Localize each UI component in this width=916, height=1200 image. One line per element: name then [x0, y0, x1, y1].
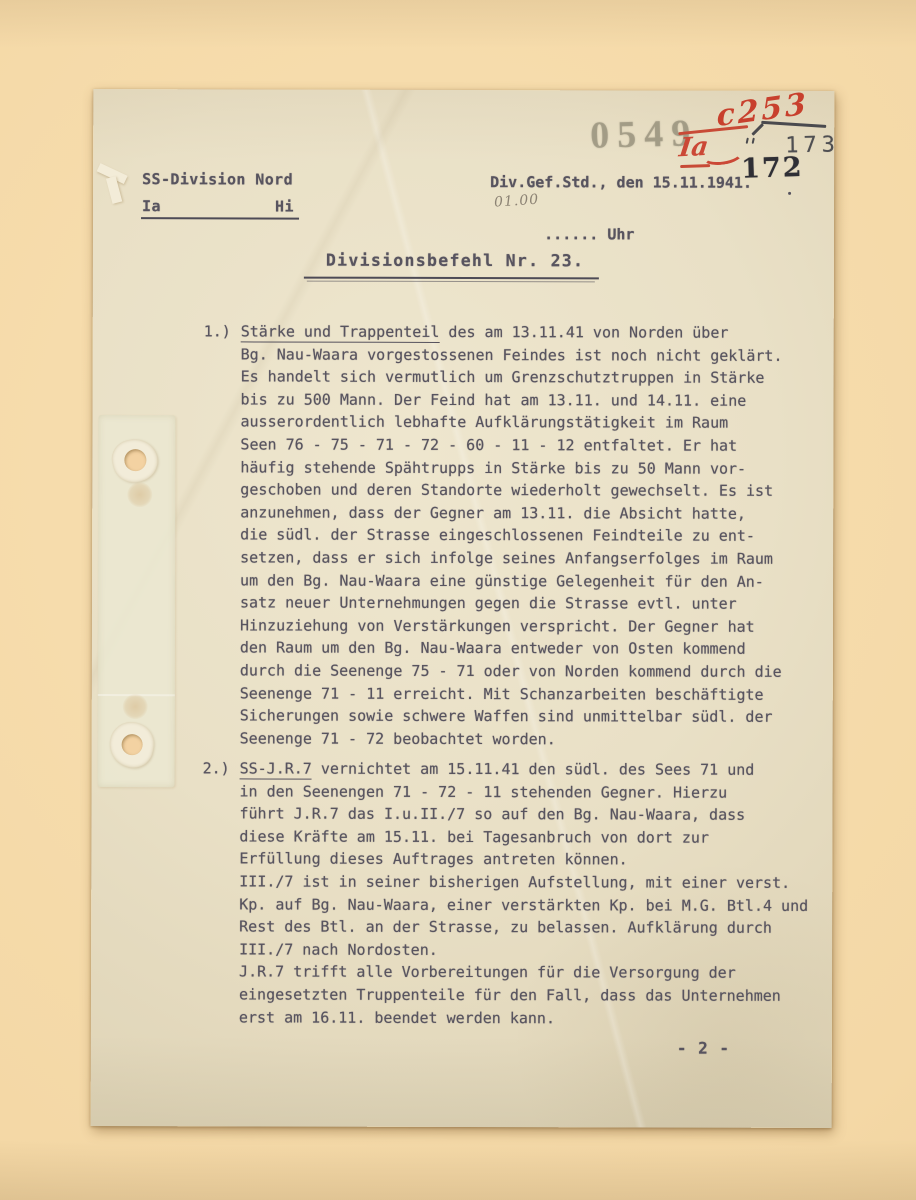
punch-hole-bottom — [122, 734, 143, 755]
unit-designation: SS-Division Nord — [142, 170, 293, 188]
paragraph-1: Stärke und Trappenteil des am 13.11.41 v… — [240, 320, 835, 751]
ink-dot — [788, 192, 791, 195]
punch-hole-top — [124, 449, 146, 471]
org-ref-right: Hi — [275, 198, 294, 216]
paragraph-1-first-line: Stärke und Trappenteil des am 13.11.41 v… — [241, 320, 835, 344]
paragraph-2-lead: SS-J.R.7 — [240, 759, 312, 779]
org-ref-left: Ia — [142, 197, 161, 215]
paragraph-2-body: in den Seenengen 71 - 72 - 11 stehenden … — [239, 780, 834, 1030]
ditto-mark — [746, 138, 749, 144]
handwritten-time: 01.00 — [494, 192, 540, 211]
place-date-line: Div.Gef.Std., den 15.11.1941. — [490, 171, 752, 194]
red-underline — [680, 164, 710, 167]
order-title: Divisionsbefehl Nr. 23. — [326, 251, 584, 271]
paragraph-2-first-line-rest: vernichtet am 15.11.41 den südl. des See… — [312, 760, 755, 779]
paragraph-1-lead: Stärke und Trappenteil — [241, 322, 440, 342]
paragraph-2-first-line: SS-J.R.7 vernichtet am 15.11.41 den südl… — [240, 757, 835, 781]
time-dots: ...... — [544, 225, 598, 243]
paragraph-1-marker: 1.) — [204, 320, 231, 343]
time-unit-label: Uhr — [607, 225, 634, 243]
punch-hole-ghost-lower — [123, 694, 148, 719]
document-photo: 0549 c253 Ia 173 172 SS-Division Nord Ia… — [0, 0, 916, 1200]
punch-hole-ghost-upper — [127, 482, 152, 507]
paragraph-2-marker: 2.) — [203, 757, 230, 780]
paragraph-1-body: Bg. Nau-Waara vorgestossenen Feindes ist… — [240, 343, 835, 751]
paragraph-1-first-line-rest: des am 13.11.41 von Norden über — [439, 323, 728, 342]
header-underline — [141, 217, 299, 219]
document-paper: 0549 c253 Ia 173 172 SS-Division Nord Ia… — [91, 89, 835, 1128]
title-underline — [304, 277, 599, 280]
paragraph-2: SS-J.R.7 vernichtet am 15.11.41 den südl… — [239, 757, 834, 1030]
ditto-mark — [752, 138, 755, 144]
page-number-footer: - 2 - — [677, 1039, 730, 1058]
title-underline-2 — [307, 280, 595, 282]
